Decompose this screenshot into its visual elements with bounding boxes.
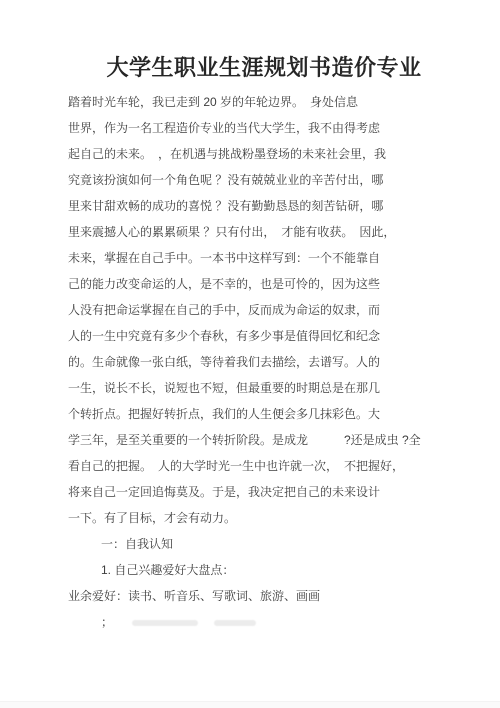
text-line: 业余爱好：读书、听音乐、写歌词、旅游、画画 <box>68 583 388 609</box>
text-line: 看自己的把握。 人的大学时光一生中也许就一次， 不把握好， <box>68 453 388 479</box>
text-line: 人没有把命运掌握在自己的手中，反而成为命运的奴隶，而 <box>68 297 388 323</box>
text-line: 己的能力改变命运的人，是不幸的，也是可怜的，因为这些 <box>68 271 388 297</box>
text-line: 起自己的未来。 ，在机遇与挑战粉墨登场的未来社会里，我 <box>68 141 388 167</box>
faded-text-artifact <box>214 620 256 626</box>
section-heading: 一：自我认知 <box>68 531 388 557</box>
text-line: 世界，作为一名工程造价专业的当代大学生，我不由得考虑 <box>68 115 388 141</box>
text-line: 的。生命就像一张白纸，等待着我们去描绘，去谱写。人的 <box>68 349 388 375</box>
text-line: 里来甘甜欢畅的成功的喜悦 ？没有勤勤恳恳的刻苦钻研，哪 <box>68 193 388 219</box>
text-line: 将来自己一定回追悔莫及。于是，我决定把自己的未来设计 <box>68 479 388 505</box>
document-title: 大学生职业生涯规划书造价专业 <box>66 51 462 85</box>
text-line: 一下。有了目标，才会有动力。 <box>68 505 388 531</box>
page-bottom-edge <box>0 701 500 708</box>
text-line: 学三年，是至关重要的一个转折阶段。是成龙 ?还是成虫 ?全 <box>68 427 388 453</box>
list-item-heading: 1. 自己兴趣爱好大盘点： <box>68 557 388 583</box>
document-page: 大学生职业生涯规划书造价专业 踏着时光车轮，我已走到 20 岁的年轮边界。 身处… <box>0 0 500 708</box>
text-line: 个转折点。把握好转折点，我们的人生便会多几抹彩色。大 <box>68 401 388 427</box>
text-line: 人的一生中究竟有多少个春秋，有多少事是值得回忆和纪念 <box>68 323 388 349</box>
faded-text-artifact <box>132 620 198 626</box>
text-line: 究竟该扮演如何一个角色呢 ？没有兢兢业业的辛苦付出，哪 <box>68 167 388 193</box>
text-line: 里来震撼人心的累累硕果 ？只有付出， 才能有收获。 因此， <box>68 219 388 245</box>
text-line: 未来，掌握在自己手中。一本书中这样写到：一个不能靠自 <box>68 245 388 271</box>
document-body: 踏着时光车轮，我已走到 20 岁的年轮边界。 身处信息 世界，作为一名工程造价专… <box>68 89 388 635</box>
text-line: 踏着时光车轮，我已走到 20 岁的年轮边界。 身处信息 <box>68 89 388 115</box>
text-line: 一生，说长不长，说短也不短，但最重要的时期总是在那几 <box>68 375 388 401</box>
